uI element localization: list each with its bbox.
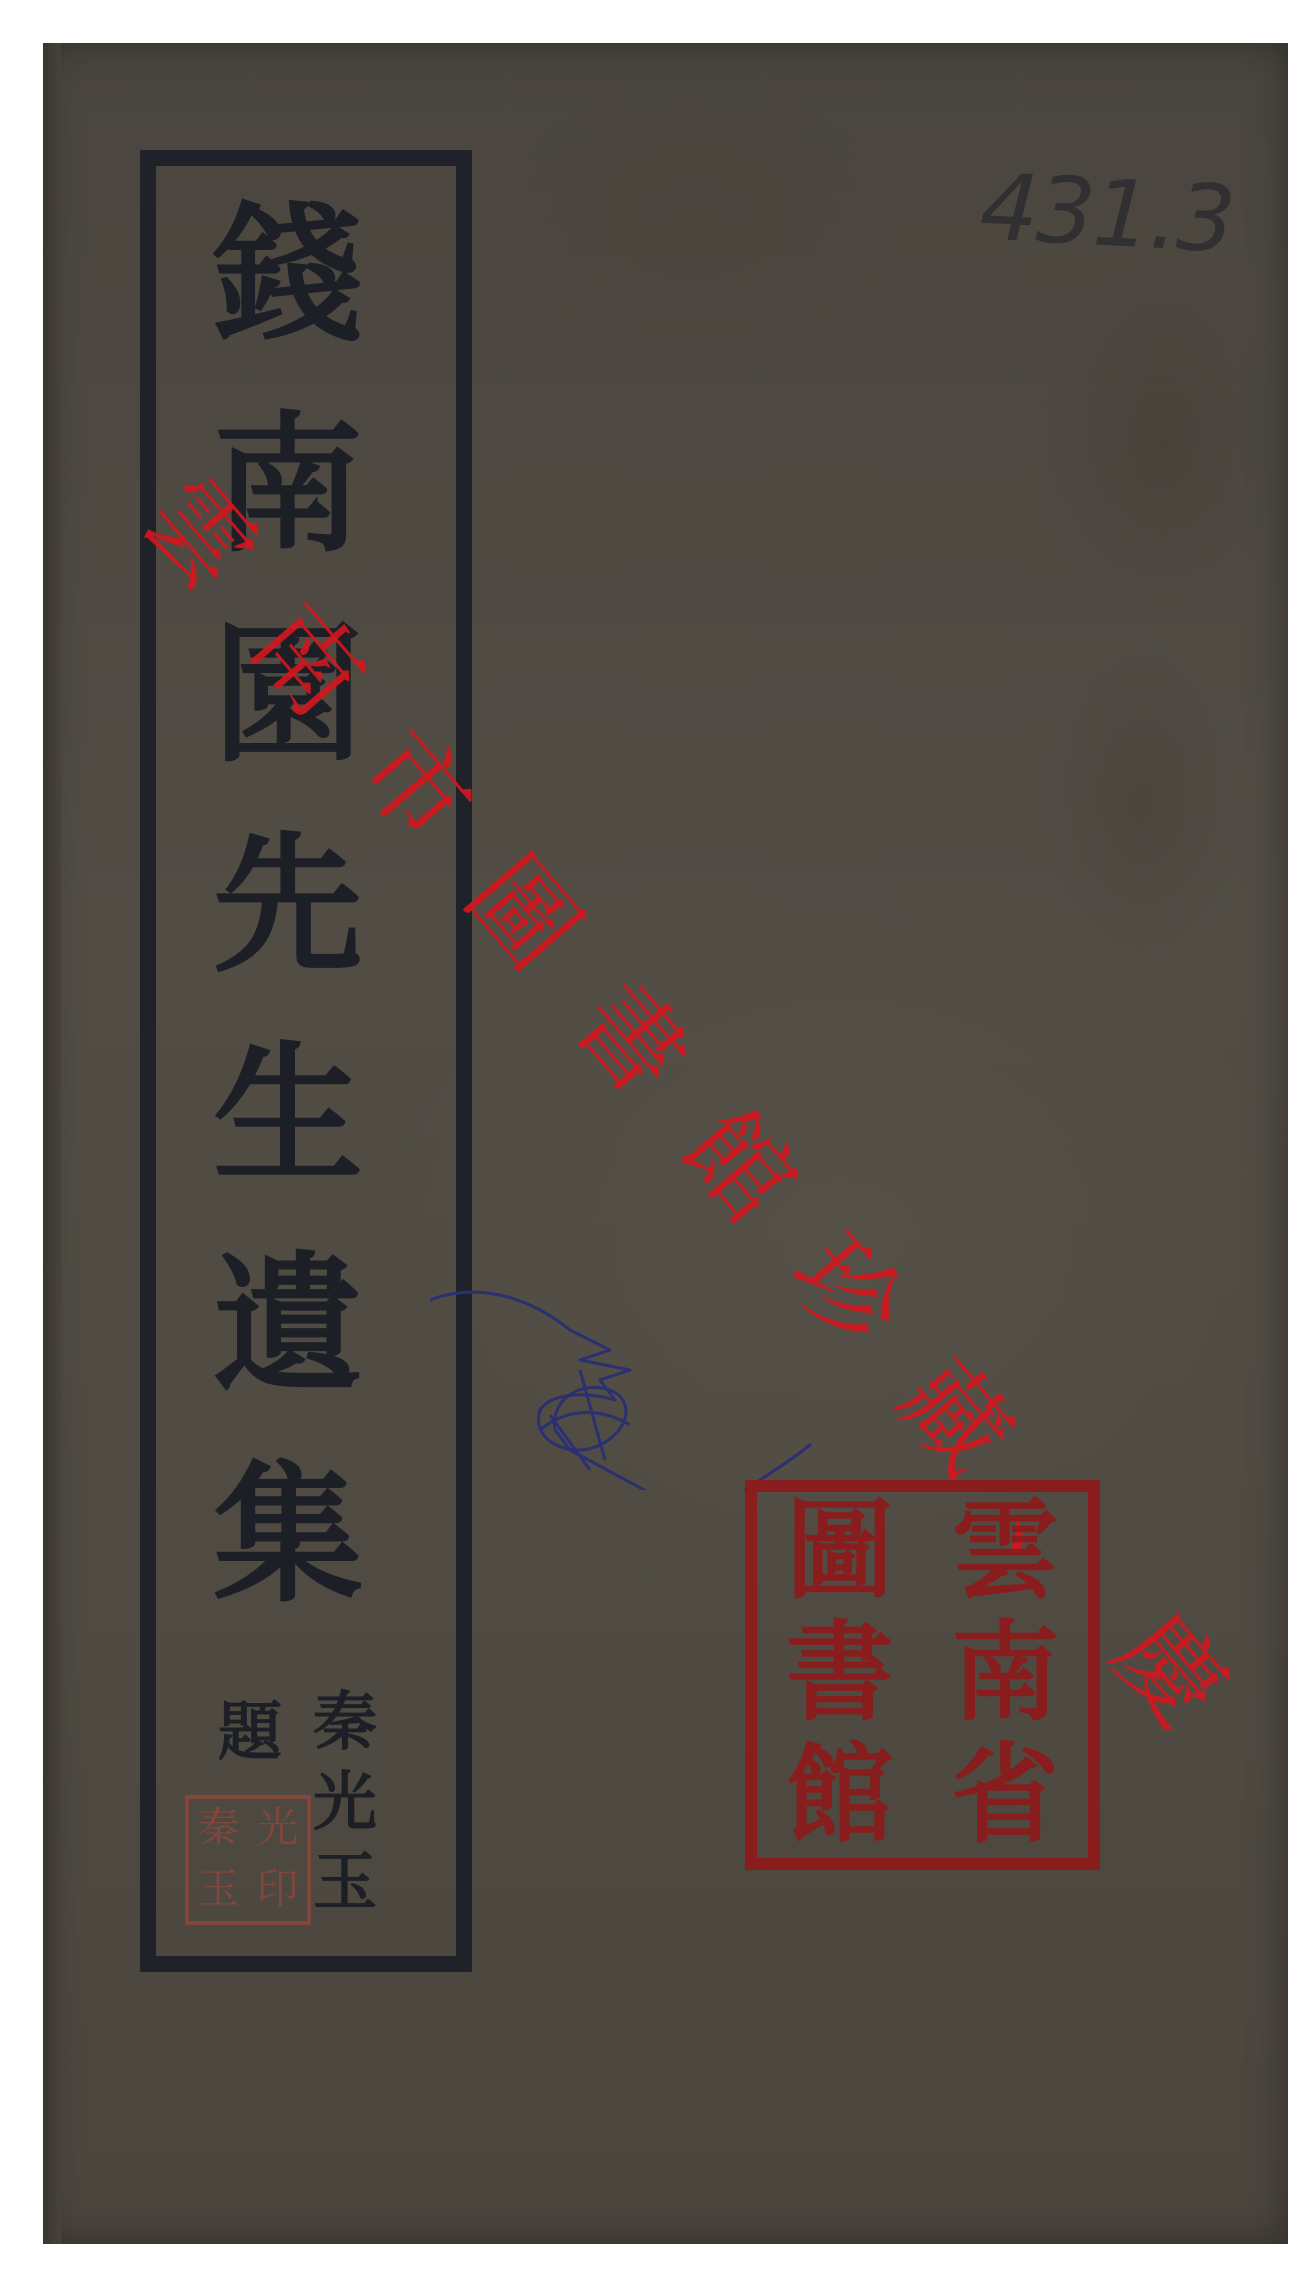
seal-char: 南 xyxy=(923,1614,1089,1736)
seal-char: 省 xyxy=(923,1736,1089,1858)
title-char: 遺 xyxy=(168,1250,408,1400)
seal-char: 館 xyxy=(757,1736,923,1858)
seal-char: 秦 xyxy=(189,1799,248,1860)
seal-char: 雲 xyxy=(923,1492,1089,1614)
ink-scribble-icon xyxy=(430,1230,830,1490)
inscription-verb: 題 xyxy=(210,1700,290,1766)
title-char: 先 xyxy=(168,830,408,980)
seal-char: 玉 xyxy=(189,1860,248,1921)
seal-char: 光 xyxy=(248,1799,307,1860)
title-char: 錢 xyxy=(168,200,408,350)
call-number: 431.3 xyxy=(977,153,1236,273)
seal-char: 書 xyxy=(757,1614,923,1736)
library-seal: 圖 書 館 雲 南 省 xyxy=(745,1480,1100,1870)
inscriber-char: 秦 xyxy=(305,1690,385,1756)
seal-char: 印 xyxy=(248,1860,307,1921)
inscriber-char: 玉 xyxy=(305,1850,385,1916)
title-char: 生 xyxy=(168,1040,408,1190)
inscriber-seal: 秦 光 玉 印 xyxy=(185,1795,311,1925)
book-spine-edge xyxy=(43,43,61,2244)
inscriber-char: 光 xyxy=(305,1770,385,1836)
title-char: 集 xyxy=(168,1460,408,1610)
seal-char: 圖 xyxy=(757,1492,923,1614)
